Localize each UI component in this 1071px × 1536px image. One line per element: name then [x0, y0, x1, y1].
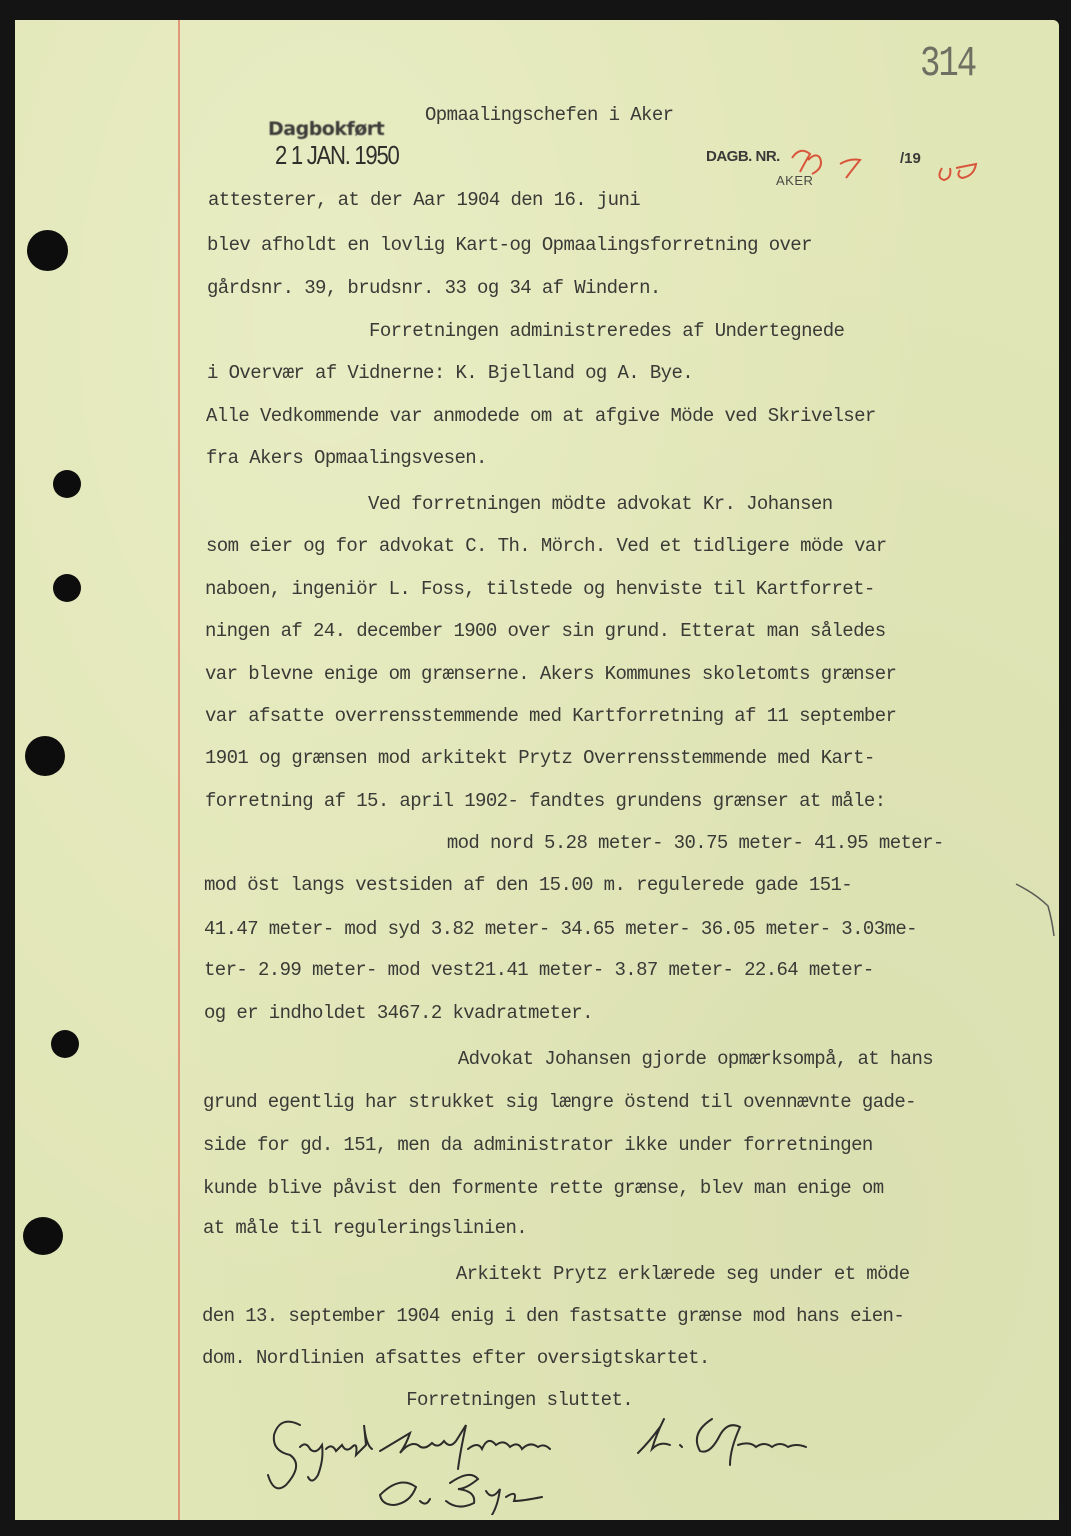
body-line: mod nord 5.28 meter- 30.75 meter- 41.95 … [274, 832, 944, 854]
body-line: ningen af 24. december 1900 over sin gru… [205, 620, 886, 642]
body-line: Arkitekt Prytz erklærede seg under et mö… [283, 1263, 910, 1285]
punch-hole [53, 574, 81, 602]
header-line: Opmaalingschefen i Aker [425, 104, 673, 126]
body-line: var blevne enige om grænserne. Akers Kom… [205, 663, 896, 685]
body-line: i Overvær af Vidnerne: K. Bjelland og A.… [207, 362, 693, 384]
punch-hole [51, 1030, 79, 1058]
body-line: ter- 2.99 meter- mod vest21.41 meter- 3.… [204, 959, 874, 981]
body-line: side for gd. 151, men da administrator i… [203, 1134, 873, 1156]
body-line: 1901 og grænsen mod arkitekt Prytz Overr… [205, 747, 875, 769]
body-line: den 13. september 1904 enig i den fastsa… [202, 1305, 904, 1327]
handwritten-red-number [790, 138, 980, 188]
body-line: Advokat Johansen gjorde opmærksompå, at … [285, 1048, 933, 1070]
punch-hole [25, 736, 65, 776]
punch-hole [53, 470, 81, 498]
body-line: mod öst langs vestsiden af den 15.00 m. … [204, 874, 852, 896]
body-line: forretning af 15. april 1902- fandtes gr… [205, 790, 886, 812]
pen-mark [1008, 880, 1058, 940]
handwritten-signatures [260, 1405, 1060, 1515]
body-line: som eier og for advokat C. Th. Mörch. Ve… [206, 535, 887, 557]
stamp-dagbokfort: Dagbokført [268, 118, 384, 140]
body-line: 41.47 meter- mod syd 3.82 meter- 34.65 m… [204, 918, 917, 940]
body-line: naboen, ingeniör L. Foss, tilstede og he… [205, 578, 875, 600]
body-line: blev afholdt en lovlig Kart-og Opmaaling… [207, 234, 812, 256]
body-line: Ved forretningen mödte advokat Kr. Johan… [206, 493, 833, 515]
body-line: Alle Vedkommende var anmodede om at afgi… [206, 405, 876, 427]
body-line: og er indholdet 3467.2 kvadratmeter. [204, 1002, 593, 1024]
punch-hole [23, 1217, 63, 1255]
body-line: fra Akers Opmaalingsvesen. [206, 447, 487, 469]
body-line: gårdsnr. 39, brudsnr. 33 og 34 af Winder… [207, 277, 661, 299]
body-line: attesterer, at der Aar 1904 den 16. juni [208, 189, 640, 211]
dagb-label: DAGB. NR. [706, 148, 780, 165]
body-line: grund egentlig har strukket sig længre ö… [203, 1091, 916, 1113]
punch-hole [27, 230, 68, 271]
body-line: at måle til reguleringslinien. [203, 1217, 527, 1239]
body-line: kunde blive påvist den formente rette gr… [203, 1177, 884, 1199]
page-number: 314 [920, 41, 975, 89]
body-line: var afsatte overrensstemmende med Kartfo… [205, 705, 896, 727]
body-line: dom. Nordlinien afsattes efter oversigts… [202, 1347, 710, 1369]
stamp-date: 2 1 JAN. 1950 [275, 140, 398, 171]
red-margin-line [178, 20, 180, 1520]
body-line: Forretningen administreredes af Underteg… [207, 320, 844, 342]
